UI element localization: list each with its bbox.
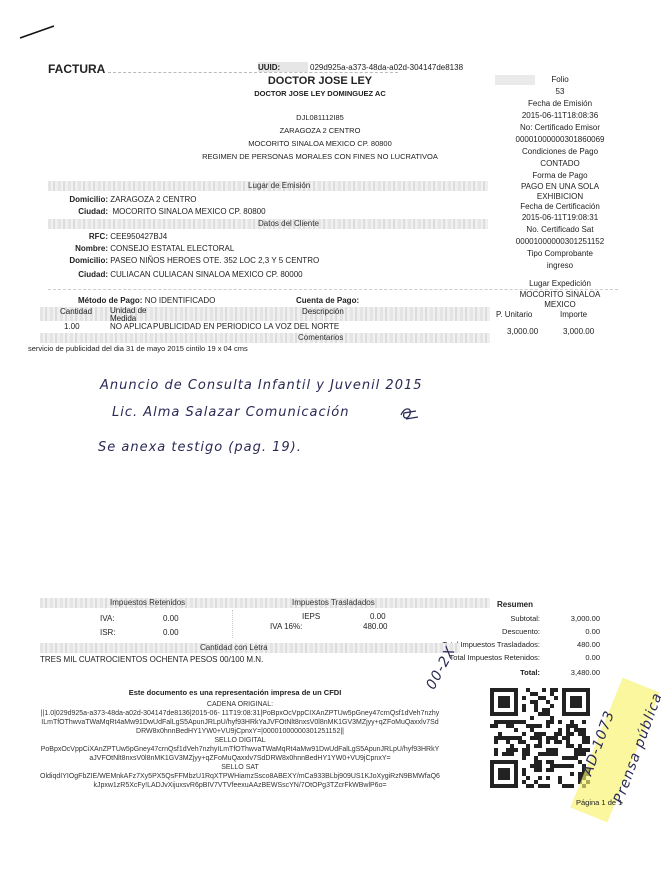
cell-unidad: NO APLICA xyxy=(110,322,152,331)
rfc-label: RFC: xyxy=(48,232,108,241)
resumen-value: 0.00 xyxy=(560,653,600,662)
ret-isr-value: 0.00 xyxy=(163,628,179,637)
cell-importe: 3,000.00 xyxy=(563,327,594,336)
side-info: Folio 53 Fecha de Emisión 2015-06-11T18:… xyxy=(500,74,620,310)
cert-emisor-label: No: Certificado Emisor xyxy=(500,122,620,134)
page-number: Página 1 de 1 xyxy=(576,798,622,807)
cell-p-unitario: 3,000.00 xyxy=(507,327,538,336)
pen-mark xyxy=(18,22,58,42)
comentarios-band xyxy=(40,333,490,343)
tipo-label: Tipo Comprobante xyxy=(500,248,620,260)
resumen-value: 0.00 xyxy=(560,627,600,636)
cell-cantidad: 1.00 xyxy=(64,322,80,331)
resumen-label: Total: xyxy=(440,668,540,677)
cert-sat-value: 00001000000301251152 xyxy=(500,236,620,248)
ret-iva-value: 0.00 xyxy=(163,614,179,623)
condiciones-label: Condiciones de Pago xyxy=(500,146,620,158)
fecha-cert-value: 2015-06-11T19:08:31 xyxy=(500,212,620,224)
impuestos-trasladados-header: Impuestos Trasladados xyxy=(292,598,375,607)
ret-iva-label: IVA: xyxy=(100,614,115,623)
uuid-label: UUID: xyxy=(258,63,280,72)
fecha-emision-value: 2015-06-11T18:08:36 xyxy=(500,110,620,122)
sello-sat-value: OldiqdIYIOgFbZIE/WEMnkAFz7Xy5PX5QsFFMbzU… xyxy=(40,772,440,790)
cadena-value: ||1.0|029d925a-a373-48da-a02d-304147de81… xyxy=(40,709,440,736)
cert-emisor-value: 00001000000301860069 xyxy=(500,134,620,146)
cliente-rfc: CEE950427BJ4 xyxy=(110,232,167,241)
cliente-header: Datos del Cliente xyxy=(258,219,319,228)
forma-pago-value-2: EXHIBICION xyxy=(500,192,620,202)
issuer-rfc: DJL081112I85 xyxy=(190,111,450,124)
resumen-label: Subtotal: xyxy=(440,614,540,623)
lugar-expedicion-value-2: MEXICO xyxy=(500,300,620,310)
cell-descripcion: PUBLICIDAD EN PERIODICO LA VOZ DEL NORTE xyxy=(153,322,339,331)
tras-ieps-label: IEPS xyxy=(302,612,320,621)
domicilio-label: Domicilio: xyxy=(48,195,108,204)
cantidad-letra-header: Cantidad con Letra xyxy=(200,643,268,652)
ciudad-label: Ciudad: xyxy=(48,207,108,216)
cfdi-notice: Este documento es una representación imp… xyxy=(60,688,410,697)
uuid-value: 029d925a-a373-48da-a02d-304147de8138 xyxy=(310,63,463,72)
issuer-regime: REGIMEN DE PERSONAS MORALES CON FINES NO… xyxy=(190,150,450,163)
emision-domicilio: ZARAGOZA 2 CENTRO xyxy=(110,195,196,204)
issuer-city: MOCORITO SINALOA MEXICO CP. 80800 xyxy=(190,137,450,150)
handwritten-line-3: Se anexa testigo (pag. 19). xyxy=(98,440,302,455)
col-cantidad: Cantidad xyxy=(60,307,92,316)
impuestos-band xyxy=(40,598,490,608)
resumen-value: 3,000.00 xyxy=(560,614,600,623)
col-descripcion: Descripción xyxy=(302,307,344,316)
pago-rule xyxy=(48,289,618,290)
issuer-block: DOCTOR JOSE LEY DOCTOR JOSE LEY DOMINGUE… xyxy=(190,75,450,163)
cliente-ciudad: CULIACAN CULIACAN SINALOA MEXICO CP. 800… xyxy=(110,270,302,279)
cuenta-pago-label: Cuenta de Pago: xyxy=(296,296,359,305)
qr-code xyxy=(490,688,590,786)
cliente-nombre: CONSEJO ESTATAL ELECTORAL xyxy=(110,244,234,253)
doc-type-title: FACTURA xyxy=(48,62,105,76)
issuer-name: DOCTOR JOSE LEY xyxy=(190,75,450,88)
sello-sat-label: SELLO SAT xyxy=(40,763,440,772)
tras-ieps-value: 0.00 xyxy=(370,612,386,621)
forma-pago-label: Forma de Pago xyxy=(500,170,620,182)
cliente-domicilio-label: Domicilio: xyxy=(48,256,108,265)
lugar-expedicion-value-1: MOCORITO SINALOA xyxy=(500,290,620,300)
handwritten-line-1: Anuncio de Consulta Infantil y Juvenil 2… xyxy=(100,378,423,393)
comentarios-text: servicio de publicidad del dia 31 de may… xyxy=(28,344,248,353)
signature-mark-icon xyxy=(398,405,420,423)
resumen-value: 3,480.00 xyxy=(560,668,600,677)
nombre-label: Nombre: xyxy=(48,244,108,253)
issuer-legal-name: DOCTOR JOSE LEY DOMINGUEZ AC xyxy=(190,88,450,99)
cliente-domicilio: PASEO NIÑOS HEROES OTE. 352 LOC 2,3 Y 5 … xyxy=(110,256,319,265)
impuestos-divider xyxy=(232,610,233,638)
sello-digital-value: PoBpxOcVppCiXAnZPTUw5pGney47crnQsf1dVeh7… xyxy=(40,745,440,763)
issuer-address: ZARAGOZA 2 CENTRO xyxy=(190,124,450,137)
fecha-cert-label: Fecha de Certificación xyxy=(500,202,620,212)
cliente-ciudad-label: Ciudad: xyxy=(48,270,108,279)
col-unidad: Unidad de Medida xyxy=(110,307,150,323)
ret-isr-label: ISR: xyxy=(100,628,116,637)
resumen-header: Resumen xyxy=(497,600,533,609)
tras-iva-value: 480.00 xyxy=(363,622,387,631)
cfdi-block: CADENA ORIGINAL: ||1.0|029d925a-a373-48d… xyxy=(40,700,440,790)
handwritten-line-2: Lic. Alma Salazar Comunicación xyxy=(112,405,349,420)
cert-sat-label: No. Certificado Sat xyxy=(500,224,620,236)
header-rule xyxy=(108,72,398,73)
cadena-label: CADENA ORIGINAL: xyxy=(40,700,440,709)
folio-value: 53 xyxy=(500,86,620,98)
fecha-emision-label: Fecha de Emisión xyxy=(500,98,620,110)
cantidad-letra-text: TRES MIL CUATROCIENTOS OCHENTA PESOS 00/… xyxy=(40,655,263,664)
tipo-value: ingreso xyxy=(500,260,620,272)
metodo-pago-value: NO IDENTIFICADO xyxy=(145,296,216,305)
tras-iva-label: IVA 16%: xyxy=(270,622,302,631)
items-header-band xyxy=(40,307,490,321)
resumen-value: 480.00 xyxy=(560,640,600,649)
emision-ciudad: MOCORITO SINALOA MEXICO CP. 80800 xyxy=(112,207,265,216)
forma-pago-value-1: PAGO EN UNA SOLA xyxy=(500,182,620,192)
sello-digital-label: SELLO DIGITAL xyxy=(40,736,440,745)
lugar-emision-header: Lugar de Emisión xyxy=(248,181,310,190)
resumen-label: Descuento: xyxy=(440,627,540,636)
condiciones-value: CONTADO xyxy=(500,158,620,170)
metodo-pago-label: Método de Pago: xyxy=(78,296,142,305)
impuestos-retenidos-header: Impuestos Retenidos xyxy=(110,598,185,607)
col-p-unitario: P. Unitario xyxy=(496,310,532,319)
col-importe: Importe xyxy=(560,310,587,319)
comentarios-header: Comentarios xyxy=(298,333,343,342)
folio-label: Folio xyxy=(500,74,620,86)
